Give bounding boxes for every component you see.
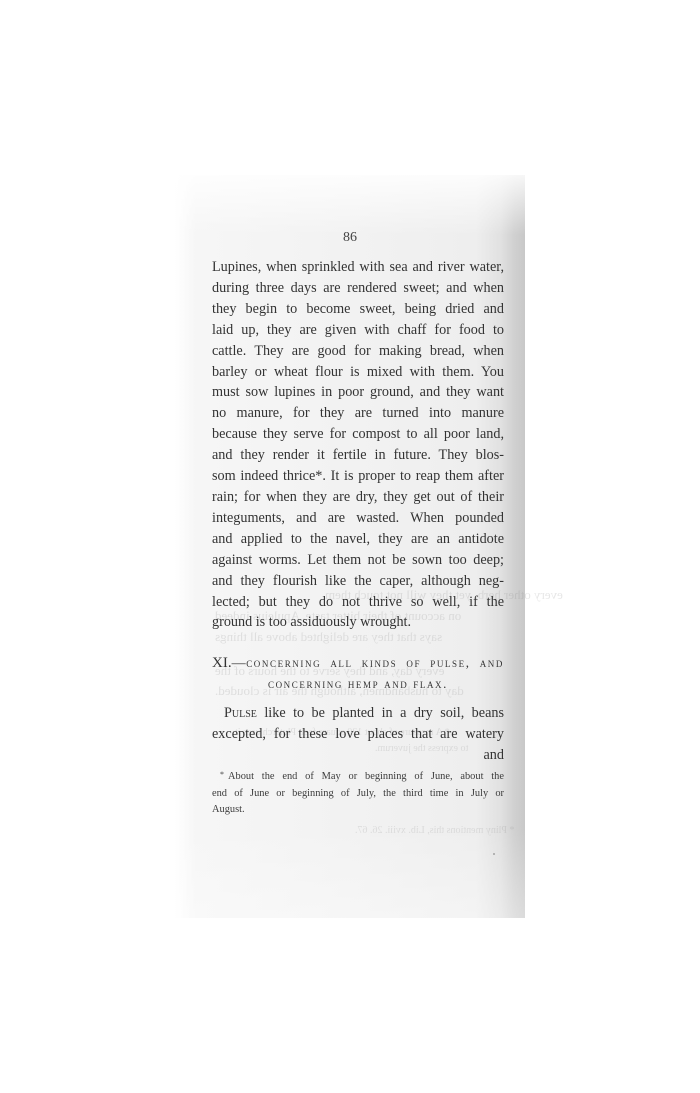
- text-line: lected; but they do not thrive so well, …: [212, 592, 504, 613]
- drop-word: Pulse: [224, 705, 257, 721]
- footnote-line: August.: [212, 802, 504, 819]
- text-line: because they serve for compost to all po…: [212, 424, 504, 445]
- text-line: ground is too assiduously wrought.: [212, 612, 504, 633]
- text-line: Lupines, when sprinkled with sea and riv…: [212, 257, 504, 278]
- footnote-line: end of June or beginning of July, the th…: [212, 786, 504, 803]
- text-line: and they render it fertile in future. Th…: [212, 445, 504, 466]
- paper-speck: [493, 853, 495, 855]
- footnote: *About the end of May or beginning of Ju…: [212, 767, 504, 819]
- heading-line-1: XI.—concerning all kinds of pulse, and: [212, 653, 504, 674]
- section-heading: XI.—concerning all kinds of pulse, and c…: [212, 653, 504, 694]
- text-line: rain; for when they are dry, they get ou…: [212, 487, 504, 508]
- text-line-rest: like to be planted in a dry soil, beans: [257, 705, 504, 721]
- paragraph-lupines: Lupines, when sprinkled with sea and riv…: [212, 257, 504, 633]
- page-number: 86: [175, 230, 525, 246]
- text-line: laid up, they are given with chaff for f…: [212, 320, 504, 341]
- section-number: XI.: [212, 655, 232, 671]
- text-line: som indeed thrice*. It is proper to reap…: [212, 466, 504, 487]
- text-line: integuments, and are wasted. When pounde…: [212, 508, 504, 529]
- heading-title-part-2: concerning hemp and flax.: [212, 674, 504, 694]
- footnote-marker: *: [220, 770, 224, 779]
- text-line: during three days are rendered sweet; an…: [212, 278, 504, 299]
- paragraph-pulse: Pulse like to be planted in a dry soil, …: [212, 703, 504, 766]
- show-through-text: * Pliny mentions this, Lib. xviii. 26. 6…: [355, 825, 514, 836]
- text-line: Pulse like to be planted in a dry soil, …: [212, 703, 504, 724]
- footnote-text: About the end of May or beginning of Jun…: [228, 771, 504, 782]
- text-line: and applied to the navel, they are an an…: [212, 529, 504, 550]
- catchword: and: [212, 745, 504, 766]
- text-line: they begin to become sweet, being dried …: [212, 299, 504, 320]
- heading-title-part-1: concerning all kinds of pulse, and: [246, 655, 504, 670]
- text-line: no manure, for they are turned into manu…: [212, 403, 504, 424]
- body-text: Lupines, when sprinkled with sea and riv…: [212, 257, 504, 766]
- text-line: barley or wheat flour is mixed with them…: [212, 362, 504, 383]
- text-line: cattle. They are good for making bread, …: [212, 341, 504, 362]
- text-line: must sow lupines in poor ground, and the…: [212, 382, 504, 403]
- heading-dash: —: [232, 656, 247, 671]
- text-line: and they flourish like the caper, althou…: [212, 571, 504, 592]
- book-page: every other herb, yet they will not touc…: [175, 175, 525, 918]
- text-line: against worms. Let them not be sown too …: [212, 550, 504, 571]
- text-line: excepted, for these love places that are…: [212, 724, 504, 745]
- footnote-line: *About the end of May or beginning of Ju…: [212, 767, 504, 786]
